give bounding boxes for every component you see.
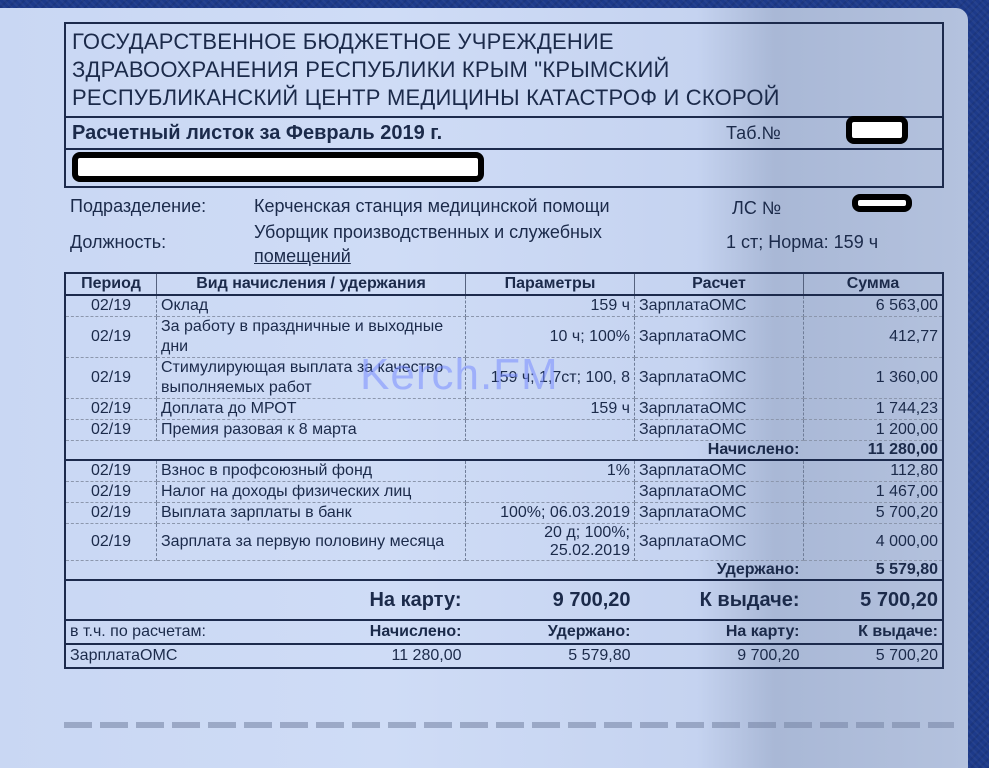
by-calc-withheld-header: Удержано: xyxy=(466,620,635,644)
row-calc: ЗарплатаОМС xyxy=(635,358,804,399)
row-calc: ЗарплатаОМС xyxy=(635,503,804,524)
row-type: Взнос в профсоюзный фонд xyxy=(157,460,466,482)
payout-value: 5 700,20 xyxy=(804,580,944,620)
row-params: 1% xyxy=(466,460,635,482)
table-row: 02/19Доплата до МРОТ159 чЗарплатаОМС1 74… xyxy=(65,399,943,420)
table-row: 02/19Премия разовая к 8 мартаЗарплатаОМС… xyxy=(65,420,943,441)
row-params: 10 ч; 100% xyxy=(466,317,635,358)
row-calc: ЗарплатаОМС xyxy=(635,524,804,561)
table-row: 02/19Выплата зарплаты в банк100%; 06.03.… xyxy=(65,503,943,524)
position-label: Должность: xyxy=(70,232,166,253)
row-type: Зарплата за первую половину месяца xyxy=(157,524,466,561)
redacted-account-number xyxy=(852,194,912,212)
by-calc-name: ЗарплатаОМС xyxy=(70,647,177,664)
row-sum: 4 000,00 xyxy=(804,524,944,561)
row-params: 20 д; 100%; 25.02.2019 xyxy=(466,524,635,561)
row-params xyxy=(466,482,635,503)
account-label: ЛС № xyxy=(732,198,781,219)
perforation-line xyxy=(64,722,954,728)
row-calc: ЗарплатаОМС xyxy=(635,295,804,317)
col-calc: Расчет xyxy=(635,273,804,295)
redacted-employee-name xyxy=(72,152,484,182)
by-calc-name-cell: ЗарплатаОМС 11 280,00 xyxy=(65,644,466,668)
row-type: Доплата до МРОТ xyxy=(157,399,466,420)
sheet-title: Расчетный листок за Февраль 2019 г. xyxy=(72,122,442,145)
row-period: 02/19 xyxy=(65,358,157,399)
by-calc-accrued-header: Начислено: xyxy=(370,623,462,641)
by-calc-cell: в т.ч. по расчетам: Начислено: xyxy=(65,620,466,644)
row-sum: 5 700,20 xyxy=(804,503,944,524)
row-type: Налог на доходы физических лиц xyxy=(157,482,466,503)
sheet-title-row: Расчетный листок за Февраль 2019 г. Таб.… xyxy=(66,118,942,150)
organization-name: ГОСУДАРСТВЕННОЕ БЮДЖЕТНОЕ УЧРЕЖДЕНИЕ ЗДР… xyxy=(66,24,942,118)
row-params: 159 ч xyxy=(466,399,635,420)
row-type: Стимулирующая выплата за качество выполн… xyxy=(157,358,466,399)
row-sum: 1 360,00 xyxy=(804,358,944,399)
by-calc-accrued: 11 280,00 xyxy=(392,647,462,665)
table-row: 02/19Зарплата за первую половину месяца2… xyxy=(65,524,943,561)
by-calc-payout: 5 700,20 xyxy=(804,644,944,668)
withheld-total: 5 579,80 xyxy=(804,561,944,581)
employee-info: Подразделение: Керченская станция медици… xyxy=(64,188,944,272)
row-calc: ЗарплатаОМС xyxy=(635,399,804,420)
position-value-line2: помещений xyxy=(254,246,351,267)
org-line-3: РЕСПУБЛИКАНСКИЙ ЦЕНТР МЕДИЦИНЫ КАТАСТРОФ… xyxy=(72,84,936,112)
row-calc: ЗарплатаОМС xyxy=(635,317,804,358)
by-calc-payout-header: К выдаче: xyxy=(804,620,944,644)
deductions-section: 02/19Взнос в профсоюзный фонд1%ЗарплатаО… xyxy=(65,460,943,561)
by-calc-label: в т.ч. по расчетам: xyxy=(70,623,206,640)
row-type: Выплата зарплаты в банк xyxy=(157,503,466,524)
employee-name-row xyxy=(66,150,942,186)
row-period: 02/19 xyxy=(65,399,157,420)
to-card-value: 9 700,20 xyxy=(466,580,635,620)
accrued-total: 11 280,00 xyxy=(804,441,944,461)
col-type: Вид начисления / удержания xyxy=(157,273,466,295)
accruals-section: 02/19Оклад159 чЗарплатаОМС6 563,0002/19З… xyxy=(65,295,943,441)
col-period: Период xyxy=(65,273,157,295)
col-sum: Сумма xyxy=(804,273,944,295)
row-params: 100%; 06.03.2019 xyxy=(466,503,635,524)
row-period: 02/19 xyxy=(65,420,157,441)
row-type: Оклад xyxy=(157,295,466,317)
row-sum: 412,77 xyxy=(804,317,944,358)
redacted-tab-number xyxy=(846,116,908,144)
row-period: 02/19 xyxy=(65,295,157,317)
by-calc-to-card-header: На карту: xyxy=(635,620,804,644)
tab-number-label: Таб.№ xyxy=(726,123,781,144)
row-params: 159 ч; 1,7ст; 100, 8 xyxy=(466,358,635,399)
withheld-total-row: Удержано: 5 579,80 xyxy=(65,561,943,581)
row-sum: 1 744,23 xyxy=(804,399,944,420)
by-calc-to-card: 9 700,20 xyxy=(635,644,804,668)
withheld-label: Удержано: xyxy=(65,561,804,581)
col-params: Параметры xyxy=(466,273,635,295)
accrued-label: Начислено: xyxy=(65,441,804,461)
row-period: 02/19 xyxy=(65,503,157,524)
rate-norm: 1 ст; Норма: 159 ч xyxy=(726,232,878,253)
table-row: 02/19За работу в праздничные и выходные … xyxy=(65,317,943,358)
row-type: За работу в праздничные и выходные дни xyxy=(157,317,466,358)
table-row: 02/19Оклад159 чЗарплатаОМС6 563,00 xyxy=(65,295,943,317)
row-period: 02/19 xyxy=(65,460,157,482)
header-box: ГОСУДАРСТВЕННОЕ БЮДЖЕТНОЕ УЧРЕЖДЕНИЕ ЗДР… xyxy=(64,22,944,188)
by-calc-withheld: 5 579,80 xyxy=(466,644,635,668)
row-type: Премия разовая к 8 марта xyxy=(157,420,466,441)
accrued-total-row: Начислено: 11 280,00 xyxy=(65,441,943,461)
to-card-label: На карту: xyxy=(65,580,466,620)
row-sum: 1 467,00 xyxy=(804,482,944,503)
row-params xyxy=(466,420,635,441)
payslip-document: ГОСУДАРСТВЕННОЕ БЮДЖЕТНОЕ УЧРЕЖДЕНИЕ ЗДР… xyxy=(64,22,944,669)
by-calc-header-row: в т.ч. по расчетам: Начислено: Удержано:… xyxy=(65,620,943,644)
payroll-table: Период Вид начисления / удержания Параме… xyxy=(64,272,944,669)
row-sum: 1 200,00 xyxy=(804,420,944,441)
summary-row: На карту: 9 700,20 К выдаче: 5 700,20 xyxy=(65,580,943,620)
row-params: 159 ч xyxy=(466,295,635,317)
table-row: 02/19Стимулирующая выплата за качество в… xyxy=(65,358,943,399)
row-period: 02/19 xyxy=(65,524,157,561)
row-sum: 6 563,00 xyxy=(804,295,944,317)
org-line-1: ГОСУДАРСТВЕННОЕ БЮДЖЕТНОЕ УЧРЕЖДЕНИЕ xyxy=(72,28,936,56)
department-label: Подразделение: xyxy=(70,196,206,217)
row-sum: 112,80 xyxy=(804,460,944,482)
org-line-2: ЗДРАВООХРАНЕНИЯ РЕСПУБЛИКИ КРЫМ "КРЫМСКИ… xyxy=(72,56,936,84)
department-value: Керченская станция медицинской помощи xyxy=(254,196,610,217)
row-calc: ЗарплатаОМС xyxy=(635,460,804,482)
by-calc-row: ЗарплатаОМС 11 280,00 5 579,80 9 700,20 … xyxy=(65,644,943,668)
payout-label: К выдаче: xyxy=(635,580,804,620)
row-calc: ЗарплатаОМС xyxy=(635,420,804,441)
row-period: 02/19 xyxy=(65,317,157,358)
table-row: 02/19Налог на доходы физических лицЗарпл… xyxy=(65,482,943,503)
position-value-line1: Уборщик производственных и служебных xyxy=(254,222,602,243)
row-period: 02/19 xyxy=(65,482,157,503)
row-calc: ЗарплатаОМС xyxy=(635,482,804,503)
table-row: 02/19Взнос в профсоюзный фонд1%ЗарплатаО… xyxy=(65,460,943,482)
